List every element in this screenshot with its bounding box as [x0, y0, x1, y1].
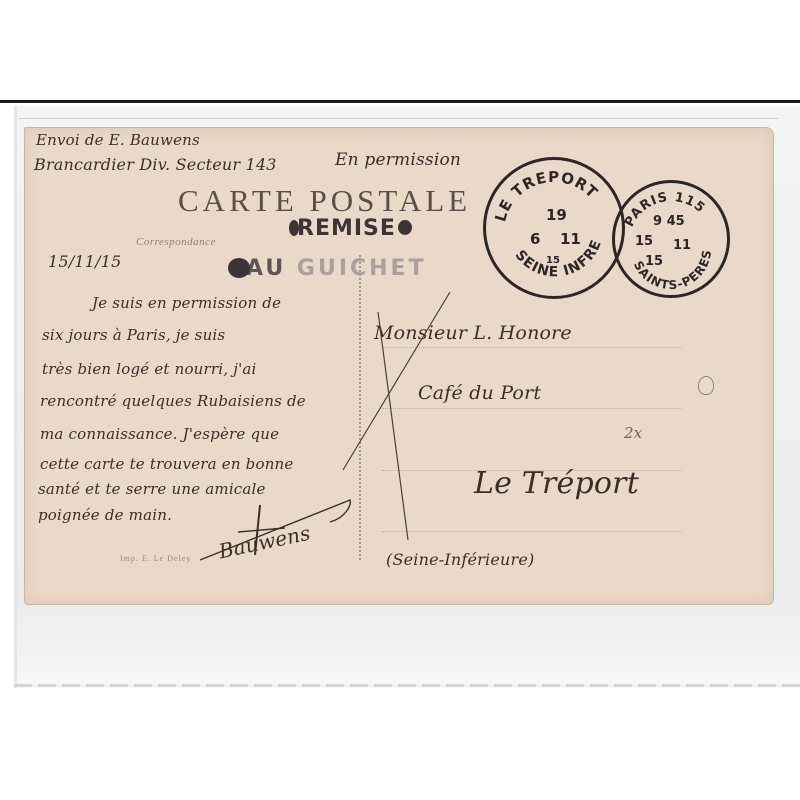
- remise-stamp: REMISE: [297, 216, 396, 241]
- svg-text:15: 15: [546, 255, 560, 266]
- address-line-2: Café du Port: [418, 382, 541, 404]
- svg-text:SAINTS-PERES: SAINTS-PERES: [631, 248, 714, 292]
- au-guichet-stamp: AU GUICHET: [246, 256, 427, 281]
- message-line: rencontré quelques Rubaisiens de: [40, 392, 306, 410]
- sender-annotation: En permission: [335, 150, 461, 170]
- scan-top-border: [0, 0, 800, 103]
- sleeve-bottom-edge: [14, 684, 800, 687]
- address-line-3: Le Tréport: [474, 466, 639, 501]
- sleeve-edge: [18, 118, 778, 119]
- postmark-le-treport: LE TREPORT SEINE INFRE 19 6 11 15: [483, 157, 625, 299]
- pencil-mark: [698, 376, 714, 395]
- message-line: six jours à Paris, je suis: [42, 326, 225, 344]
- stamp-guichet-text: GUICHET: [297, 256, 427, 281]
- stamp-au-text: AU: [246, 256, 286, 281]
- svg-text:11: 11: [560, 230, 581, 248]
- message-line: Je suis en permission de: [92, 294, 281, 312]
- svg-text:9 45: 9 45: [653, 214, 685, 229]
- address-dotted-line: [382, 531, 682, 532]
- address-line-1: Monsieur L. Honore: [374, 322, 572, 344]
- postmark-paris: PARIS 115 SAINTS-PERES 9 45 15 11 15: [612, 180, 730, 298]
- message-date: 15/11/15: [48, 252, 121, 271]
- address-dotted-line: [382, 408, 682, 409]
- address-note: 2x: [624, 424, 642, 442]
- message-line: santé et te serre une amicale: [38, 480, 266, 498]
- address-dotted-line: [382, 347, 682, 348]
- sender-line-2: Brancardier Div. Secteur 143: [34, 155, 277, 174]
- sender-line-1: Envoi de E. Bauwens: [36, 131, 200, 149]
- svg-text:19: 19: [546, 206, 567, 224]
- svg-text:6: 6: [530, 230, 540, 248]
- message-line: cette carte te trouvera en bonne: [40, 455, 294, 473]
- svg-text:15: 15: [645, 254, 663, 269]
- message-line: ma connaissance. J'espère que: [40, 425, 279, 443]
- svg-text:15: 15: [635, 234, 653, 249]
- printed-title: CARTE POSTALE: [178, 183, 471, 219]
- svg-text:11: 11: [673, 238, 691, 253]
- message-line: très bien logé et nourri, j'ai: [42, 360, 257, 378]
- message-line: poignée de main.: [38, 506, 172, 524]
- divider-line: [359, 255, 361, 560]
- printer-imprint: Imp. E. Le Deley: [120, 554, 191, 563]
- address-line-4: (Seine-Inférieure): [386, 550, 534, 569]
- correspondence-label: Correspondance: [136, 236, 216, 248]
